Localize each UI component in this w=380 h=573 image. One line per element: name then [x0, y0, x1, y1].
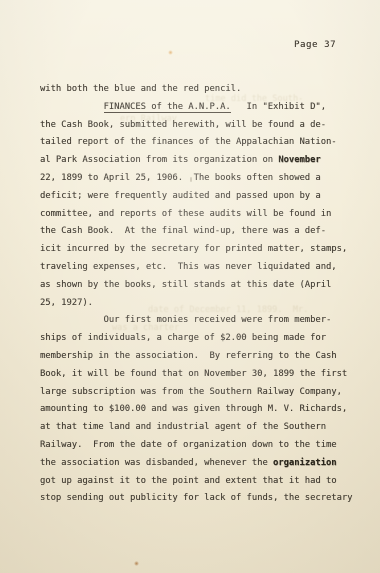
page-number: Page 37: [294, 40, 336, 50]
text-segment: committee, and reports of these audits w…: [40, 209, 331, 219]
text-segment: got up against it to the point and exten…: [40, 476, 337, 486]
paper-stain: [134, 561, 139, 566]
text-segment: Book, it will be found that on November …: [40, 369, 347, 379]
text-segment: tailed report of the finances of the App…: [40, 137, 337, 147]
text-line-2: FINANCES of the A.N.P.A. In "Exhibit D",: [40, 99, 362, 117]
text-line-9: the Cash Book. At the final wind-up, the…: [40, 223, 362, 241]
text-segment: as shown by the books, still stands at t…: [40, 280, 331, 290]
text-segment: large subscription was from the Southern…: [40, 387, 342, 397]
text-segment: organization: [273, 458, 337, 468]
text-line-19: amounting to $100.00 and was given throu…: [40, 401, 362, 419]
text-line-21: Railway. From the date of organization d…: [40, 437, 362, 455]
text-line-15: ships of individuals, a charge of $2.00 …: [40, 330, 362, 348]
text-line-1: with both the blue and the red pencil.: [40, 81, 362, 99]
text-line-18: large subscription was from the Southern…: [40, 384, 362, 402]
text-line-6: 22, 1899 to April 25, 1906. The books of…: [40, 170, 362, 188]
text-segment: Our first monies received were from memb…: [40, 315, 331, 325]
text-line-4: tailed report of the finances of the App…: [40, 134, 362, 152]
text-line-14: Our first monies received were from memb…: [40, 312, 362, 330]
text-line-5: al Park Association from its organizatio…: [40, 152, 362, 170]
text-line-20: at that time land and industrial agent o…: [40, 419, 362, 437]
text-line-7: deficit; were frequently audited and pas…: [40, 188, 362, 206]
text-segment: membership in the association. By referr…: [40, 351, 337, 361]
text-segment: the Cash Book. At the final wind-up, the…: [40, 226, 326, 236]
text-segment: Railway. From the date of organization d…: [40, 440, 337, 450]
text-line-11: traveling expenses, etc. This was never …: [40, 259, 362, 277]
text-line-12: as shown by the books, still stands at t…: [40, 277, 362, 295]
paper-stain: [168, 50, 173, 55]
text-segment: amounting to $100.00 and was given throu…: [40, 404, 347, 414]
text-segment: with both the blue and the red pencil.: [40, 84, 241, 94]
text-segment: ships of individuals, a charge of $2.00 …: [40, 333, 326, 343]
text-line-22: the association was disbanded, whenever …: [40, 455, 362, 473]
text-segment: at that time land and industrial agent o…: [40, 422, 326, 432]
text-line-24: stop sending out publicity for lack of f…: [40, 490, 362, 508]
text-segment: deficit; were frequently audited and pas…: [40, 191, 321, 201]
text-segment: November: [278, 155, 320, 165]
typewritten-document-page: Page 37 time did the South- ern Railway …: [0, 0, 380, 573]
text-line-17: Book, it will be found that on November …: [40, 366, 362, 384]
text-segment: the Cash Book, submitted herewith, will …: [40, 120, 326, 130]
text-line-13: 25, 1927).: [40, 295, 362, 313]
text-line-8: committee, and reports of these audits w…: [40, 206, 362, 224]
text-segment: stop sending out publicity for lack of f…: [40, 493, 352, 503]
text-segment: [40, 102, 104, 112]
text-line-23: got up against it to the point and exten…: [40, 473, 362, 491]
document-body-text: with both the blue and the red pencil. F…: [40, 81, 362, 508]
underlined-heading-text: FINANCES of the A.N.P.A.: [104, 102, 231, 114]
text-segment: icit incurred by the secretary for print…: [40, 244, 347, 254]
text-segment: In "Exhibit D",: [231, 102, 326, 112]
text-segment: 25, 1927).: [40, 298, 93, 308]
text-segment: 22, 1899 to April 25, 1906. The books of…: [40, 173, 321, 183]
text-line-3: the Cash Book, submitted herewith, will …: [40, 117, 362, 135]
text-line-10: icit incurred by the secretary for print…: [40, 241, 362, 259]
text-segment: the association was disbanded, whenever …: [40, 458, 273, 468]
text-line-16: membership in the association. By referr…: [40, 348, 362, 366]
text-segment: al Park Association from its organizatio…: [40, 155, 278, 165]
text-segment: traveling expenses, etc. This was never …: [40, 262, 337, 272]
